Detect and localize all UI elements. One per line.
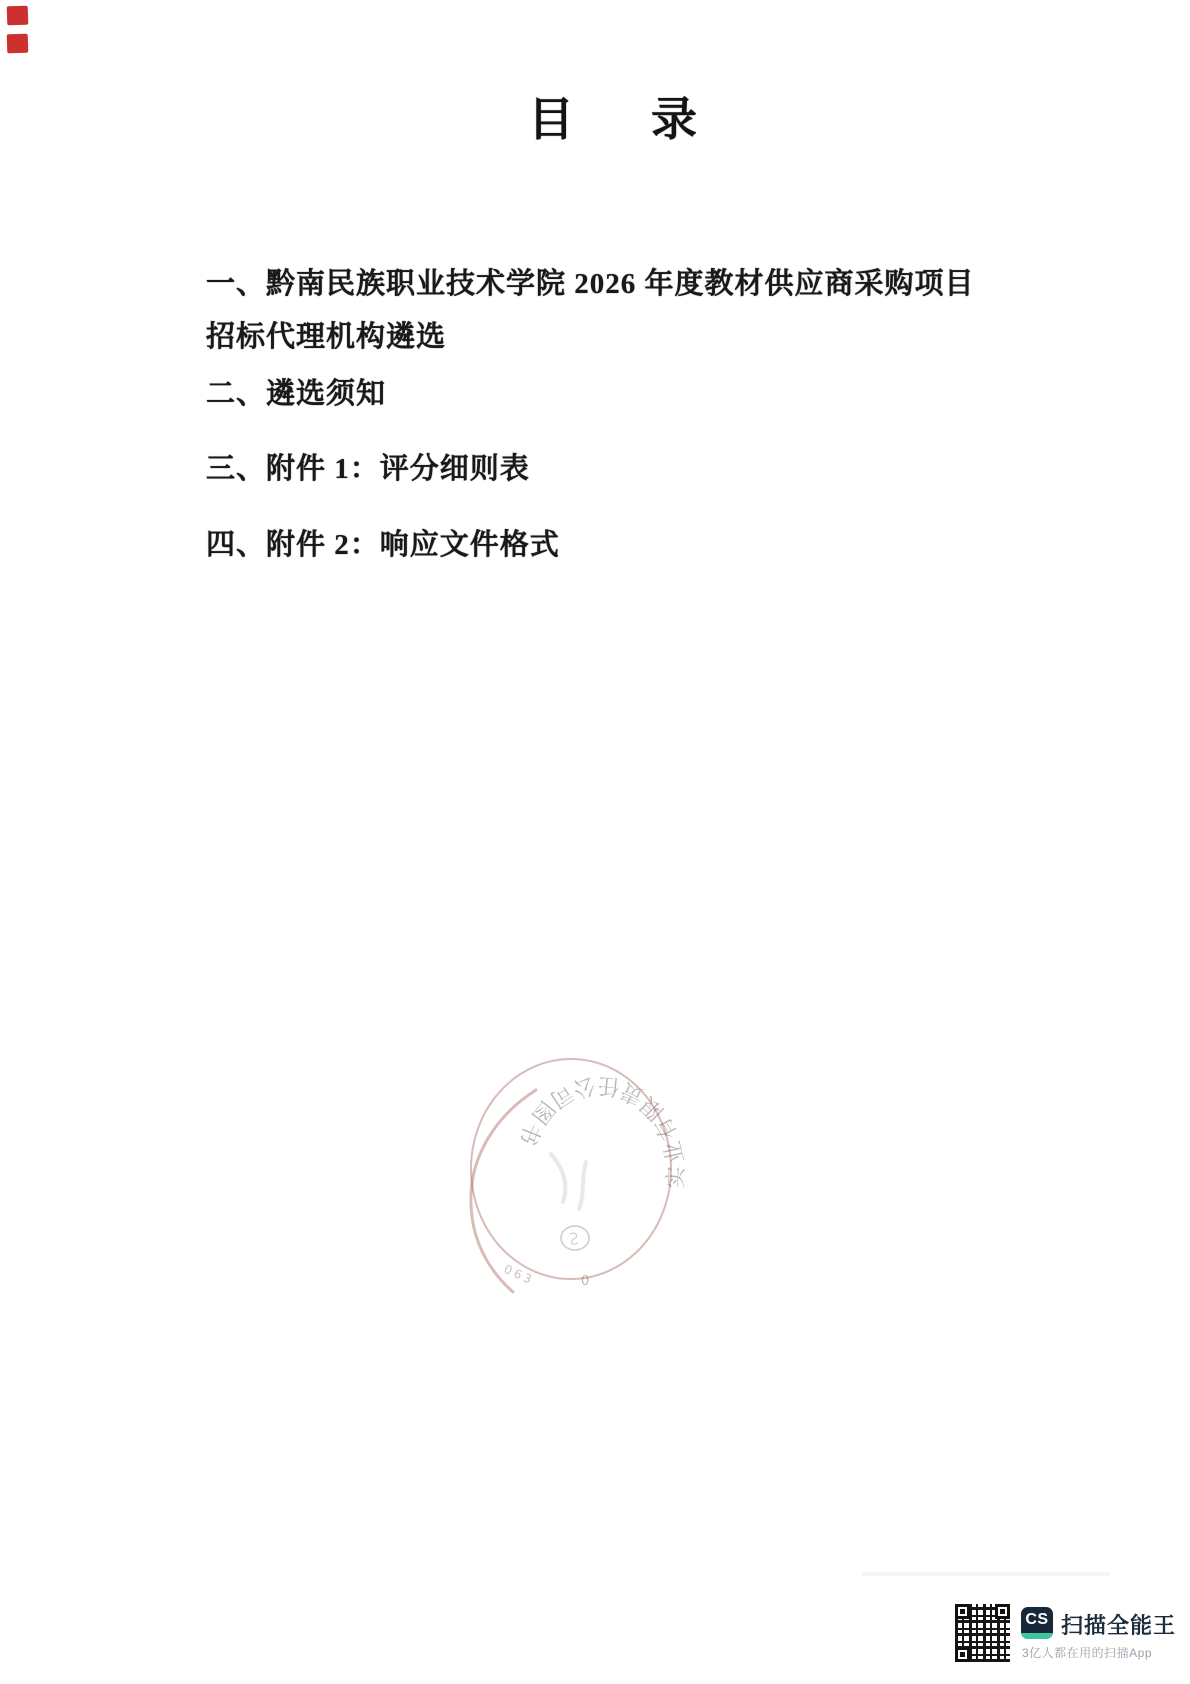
qr-code [955, 1604, 1010, 1662]
page-title: 目 录 [528, 95, 697, 146]
toc-item-1: 一、黔南民族职业技术学院 2026 年度教材供应商采购项目 [206, 270, 975, 299]
seal-ring-text: 实业有限责任公司图书 [513, 1072, 689, 1188]
seal-serial-digits: 063 [502, 1262, 537, 1288]
camscanner-logo-icon: CS [1021, 1607, 1053, 1639]
red-scan-mark [7, 6, 29, 26]
app-name: 扫描全能王 [1061, 1609, 1176, 1640]
company-seal: 实业有限责任公司图书 063 0 [451, 1044, 691, 1294]
toc-item-4: 四、附件 2：响应文件格式 [206, 531, 560, 560]
title-char-left: 目 [528, 95, 574, 146]
app-tagline: 3亿人都在用的扫描App [1022, 1644, 1152, 1661]
seal-serial-digit: 0 [581, 1274, 589, 1289]
qr-finder-icon [955, 1647, 970, 1662]
seal-center-smear [551, 1154, 586, 1209]
scanned-document-page: 目 录 一、黔南民族职业技术学院 2026 年度教材供应商采购项目 招标代理机构… [0, 0, 1190, 1684]
qr-finder-icon [955, 1604, 970, 1619]
logo-text: CS [1021, 1611, 1053, 1629]
toc-item-2: 二、遴选须知 [206, 380, 386, 409]
toc-item-1-continued: 招标代理机构遴选 [206, 323, 446, 352]
qr-finder-icon [995, 1604, 1010, 1619]
title-char-right: 录 [651, 95, 697, 146]
scan-shadow [862, 1572, 1110, 1576]
seal-inner-mark [570, 1233, 578, 1244]
red-scan-mark [7, 34, 29, 54]
toc-item-3: 三、附件 1：评分细则表 [206, 455, 530, 484]
logo-accent-bar [1021, 1633, 1053, 1639]
